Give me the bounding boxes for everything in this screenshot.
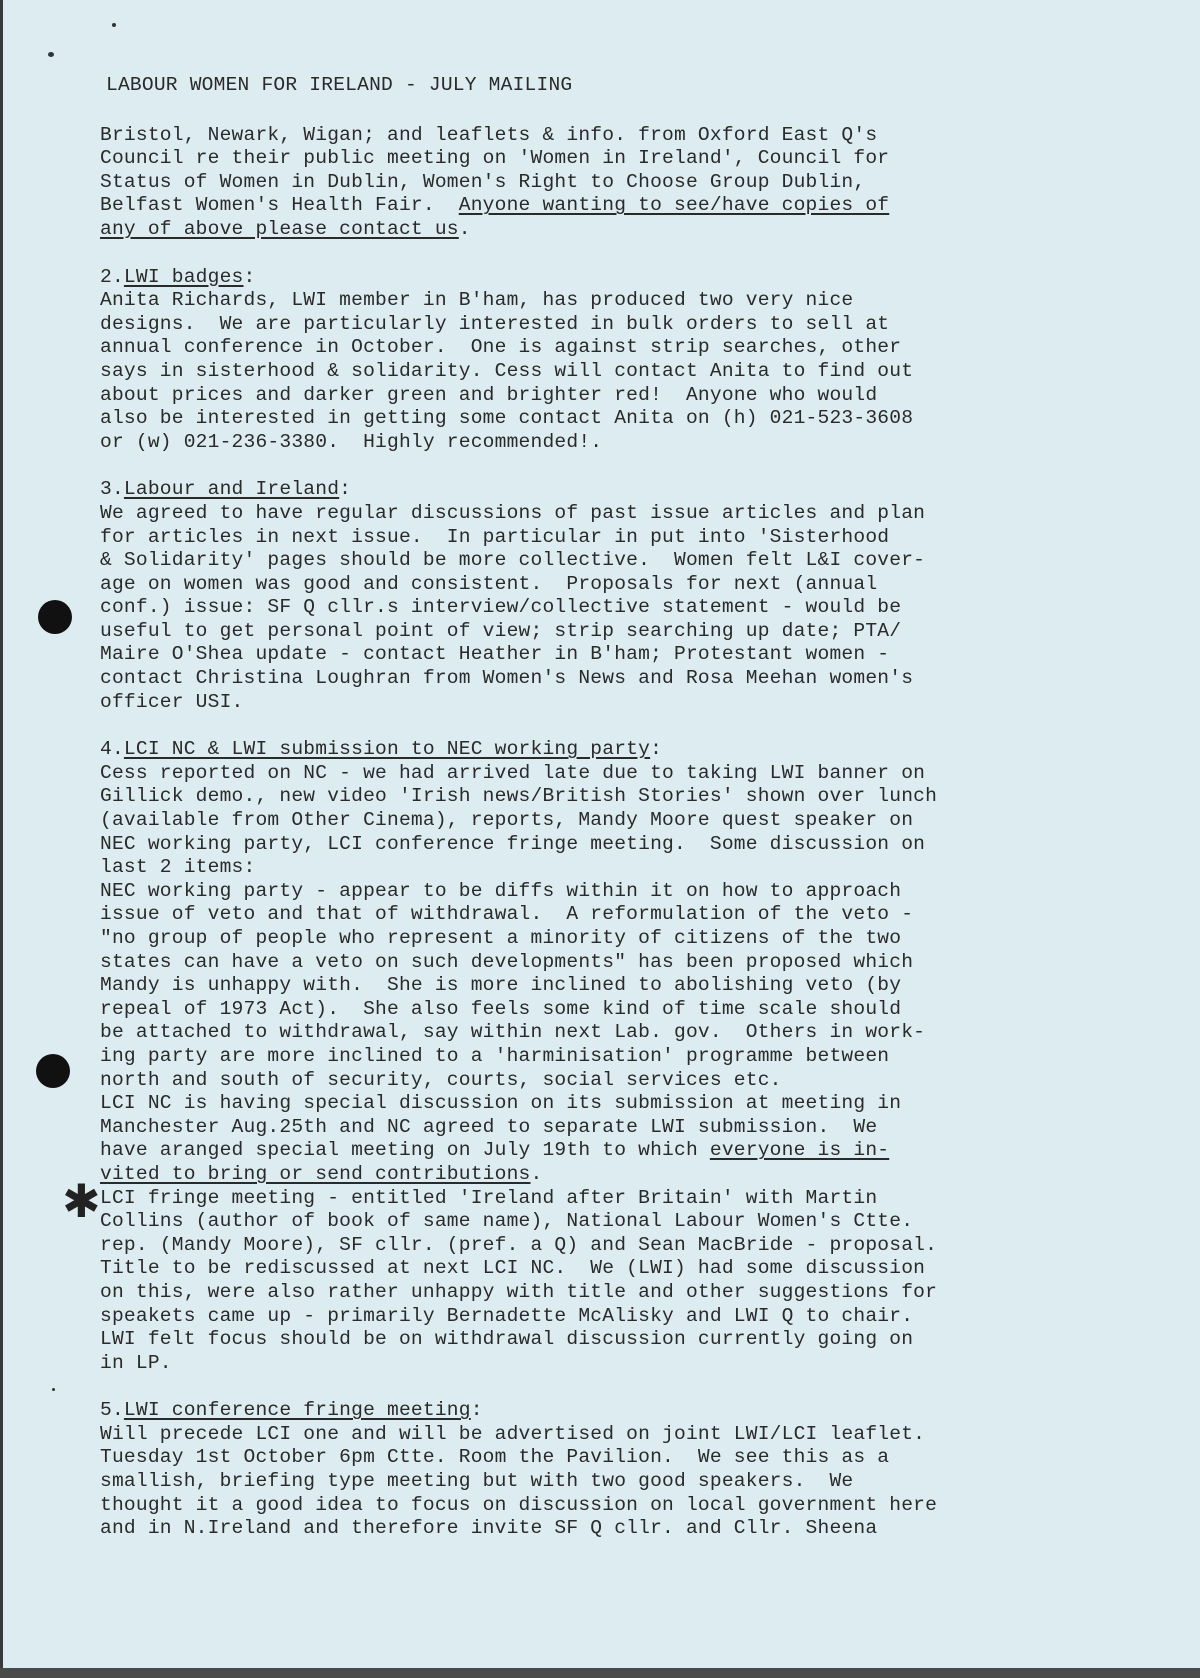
text-line: Gillick demo., new video 'Irish news/Bri… bbox=[100, 785, 1150, 809]
text-line: have aranged special meeting on July 19t… bbox=[100, 1139, 1150, 1163]
text-line: states can have a veto on such developme… bbox=[100, 951, 1150, 975]
text-line: about prices and darker green and bright… bbox=[100, 384, 1150, 408]
document-page: LABOUR WOMEN FOR IRELAND - JULY MAILING … bbox=[100, 74, 1150, 1541]
text-line: Will precede LCI one and will be adverti… bbox=[100, 1423, 1150, 1447]
section-labour-and-ireland: 3.Labour and Ireland: We agreed to have … bbox=[100, 478, 1150, 714]
text-line: We agreed to have regular discussions of… bbox=[100, 502, 1150, 526]
scan-edge-bottom bbox=[0, 1668, 1200, 1678]
text-line: useful to get personal point of view; st… bbox=[100, 620, 1150, 644]
section-lwi-fringe-meeting: 5.LWI conference fringe meeting: Will pr… bbox=[100, 1399, 1150, 1541]
text-line: age on women was good and consistent. Pr… bbox=[100, 573, 1150, 597]
text-line: Mandy is unhappy with. She is more incli… bbox=[100, 974, 1150, 998]
text-line: be attached to withdrawal, say within ne… bbox=[100, 1021, 1150, 1045]
text-line: for articles in next issue. In particula… bbox=[100, 526, 1150, 550]
text-line: and in N.Ireland and therefore invite SF… bbox=[100, 1517, 1150, 1541]
scan-edge-left bbox=[0, 0, 3, 1678]
text-line: (available from Other Cinema), reports, … bbox=[100, 809, 1150, 833]
intro-paragraph: Bristol, Newark, Wigan; and leaflets & i… bbox=[100, 124, 1150, 242]
text-line: says in sisterhood & solidarity. Cess wi… bbox=[100, 360, 1150, 384]
text-line: LWI felt focus should be on withdrawal d… bbox=[100, 1328, 1150, 1352]
text-line: Belfast Women's Health Fair. Anyone want… bbox=[100, 194, 1150, 218]
text-line: repeal of 1973 Act). She also feels some… bbox=[100, 998, 1150, 1022]
text-line: contact Christina Loughran from Women's … bbox=[100, 667, 1150, 691]
underlined-text: everyone is in- bbox=[710, 1139, 889, 1161]
text-line: issue of veto and that of withdrawal. A … bbox=[100, 903, 1150, 927]
text-line: designs. We are particularly interested … bbox=[100, 313, 1150, 337]
text-line: rep. (Mandy Moore), SF cllr. (pref. a Q)… bbox=[100, 1234, 1150, 1258]
text-line: last 2 items: bbox=[100, 856, 1150, 880]
text-line: Tuesday 1st October 6pm Ctte. Room the P… bbox=[100, 1446, 1150, 1470]
text-line: Manchester Aug.25th and NC agreed to sep… bbox=[100, 1116, 1150, 1140]
section-nec-working-party: 4.LCI NC & LWI submission to NEC working… bbox=[100, 738, 1150, 1375]
text-line: north and south of security, courts, soc… bbox=[100, 1069, 1150, 1093]
paper-speck bbox=[52, 1388, 55, 1391]
text-line: officer USI. bbox=[100, 691, 1150, 715]
text-line: Council re their public meeting on 'Wome… bbox=[100, 147, 1150, 171]
underlined-text: Anyone wanting to see/have copies of bbox=[459, 194, 890, 216]
punch-hole-mark-icon bbox=[38, 600, 72, 634]
text-line: Status of Women in Dublin, Women's Right… bbox=[100, 171, 1150, 195]
text-line: thought it a good idea to focus on discu… bbox=[100, 1494, 1150, 1518]
text-line: LCI NC is having special discussion on i… bbox=[100, 1092, 1150, 1116]
text-line: Cess reported on NC - we had arrived lat… bbox=[100, 762, 1150, 786]
text-line: Anita Richards, LWI member in B'ham, has… bbox=[100, 289, 1150, 313]
underlined-text: vited to bring or send contributions bbox=[100, 1163, 531, 1185]
text-line: NEC working party - appear to be diffs w… bbox=[100, 880, 1150, 904]
text-line: smallish, briefing type meeting but with… bbox=[100, 1470, 1150, 1494]
text-line: also be interested in getting some conta… bbox=[100, 407, 1150, 431]
asterisk-icon: ✱ bbox=[62, 1178, 101, 1224]
page-title: LABOUR WOMEN FOR IRELAND - JULY MAILING bbox=[106, 74, 1150, 98]
text-line: "no group of people who represent a mino… bbox=[100, 927, 1150, 951]
text-line: vited to bring or send contributions. bbox=[100, 1163, 1150, 1187]
text-line: in LP. bbox=[100, 1352, 1150, 1376]
paper-speck bbox=[112, 23, 116, 27]
section-heading: 5.LWI conference fringe meeting: bbox=[100, 1399, 1150, 1423]
text-line: any of above please contact us. bbox=[100, 218, 1150, 242]
text-line: LCI fringe meeting - entitled 'Ireland a… bbox=[100, 1187, 1150, 1211]
section-heading: 3.Labour and Ireland: bbox=[100, 478, 1150, 502]
text-line: speakets came up - primarily Bernadette … bbox=[100, 1305, 1150, 1329]
text-line: conf.) issue: SF Q cllr.s interview/coll… bbox=[100, 596, 1150, 620]
text-line: ing party are more inclined to a 'harmin… bbox=[100, 1045, 1150, 1069]
text-line: on this, were also rather unhappy with t… bbox=[100, 1281, 1150, 1305]
text-line: Maire O'Shea update - contact Heather in… bbox=[100, 643, 1150, 667]
text-line: NEC working party, LCI conference fringe… bbox=[100, 833, 1150, 857]
text-line: Collins (author of book of same name), N… bbox=[100, 1210, 1150, 1234]
section-heading: 4.LCI NC & LWI submission to NEC working… bbox=[100, 738, 1150, 762]
underlined-text: any of above please contact us bbox=[100, 218, 459, 240]
text-line: Bristol, Newark, Wigan; and leaflets & i… bbox=[100, 124, 1150, 148]
section-heading: 2.LWI badges: bbox=[100, 266, 1150, 290]
paper-speck bbox=[48, 52, 54, 57]
text-line: & Solidarity' pages should be more colle… bbox=[100, 549, 1150, 573]
text-line: Title to be rediscussed at next LCI NC. … bbox=[100, 1257, 1150, 1281]
text-line: or (w) 021-236-3380. Highly recommended!… bbox=[100, 431, 1150, 455]
section-lwi-badges: 2.LWI badges: Anita Richards, LWI member… bbox=[100, 266, 1150, 455]
punch-hole-mark-icon bbox=[36, 1054, 70, 1088]
text-line: annual conference in October. One is aga… bbox=[100, 336, 1150, 360]
